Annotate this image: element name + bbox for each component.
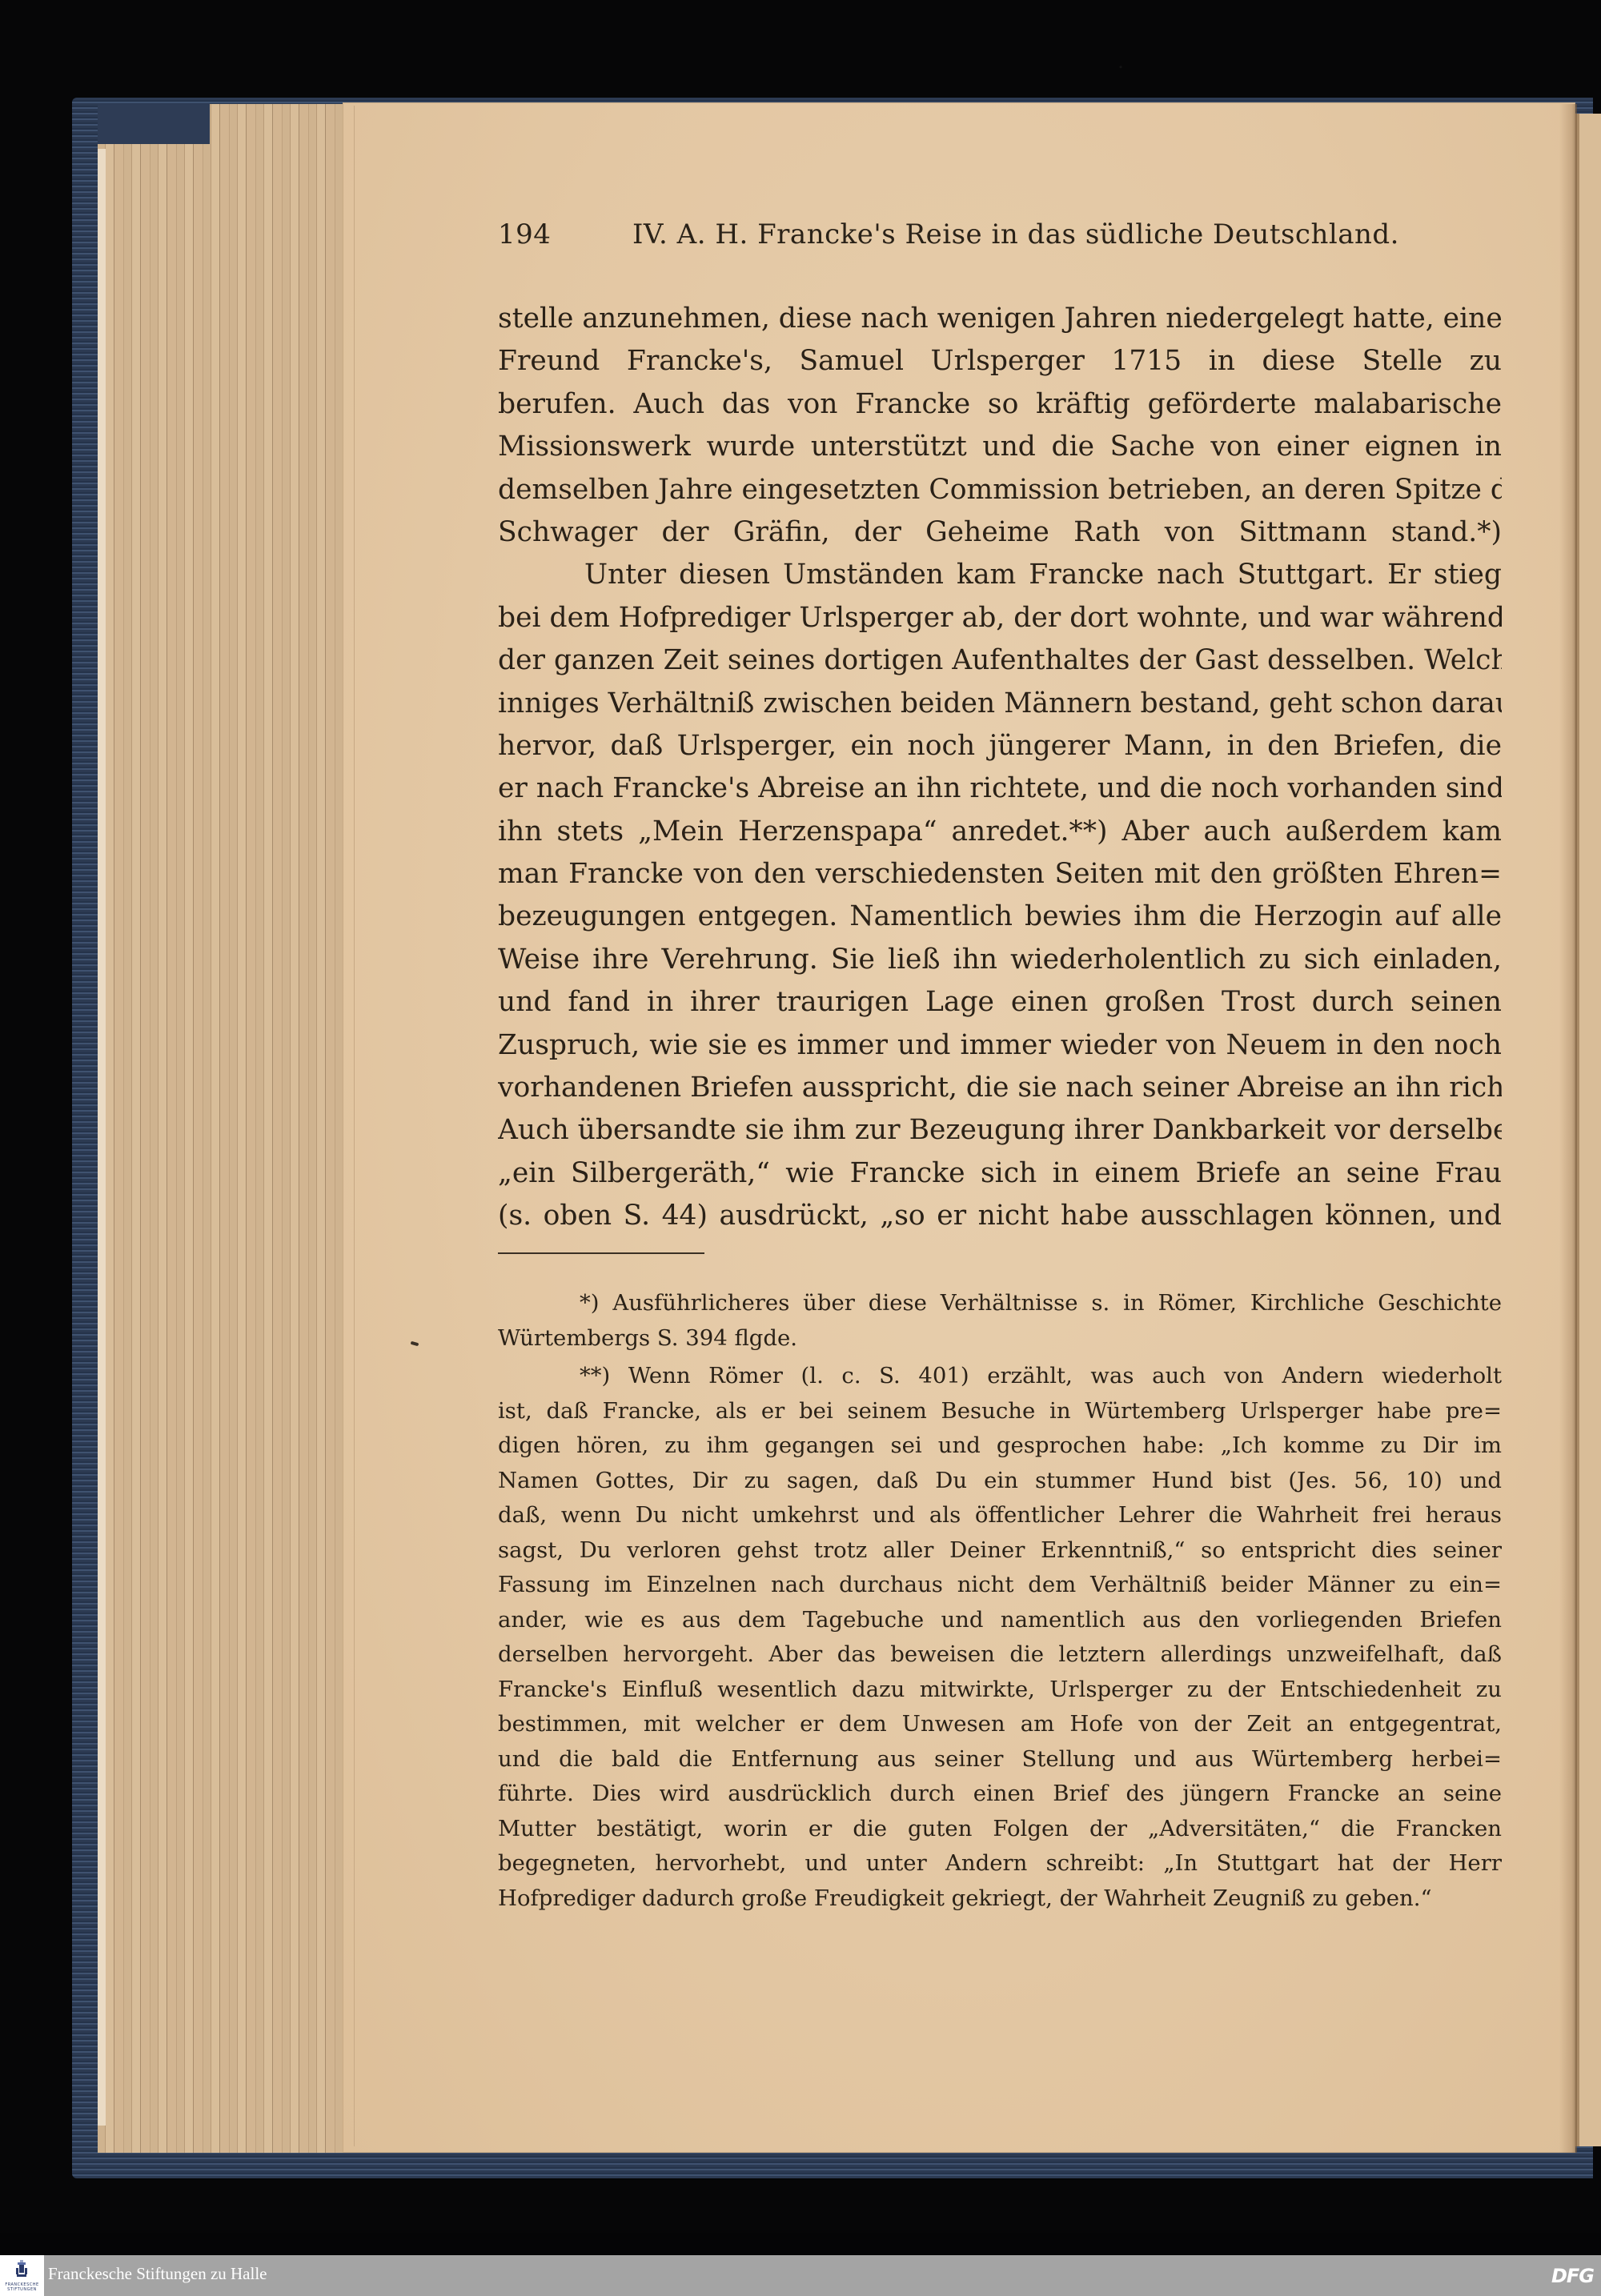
text-line: er nach Francke's Abreise an ihn richtet…: [498, 767, 1502, 810]
cover-corner: [98, 104, 210, 144]
page-fold-line: [354, 106, 355, 2146]
footnote-line: Fassung im Einzelnen nach durchaus nicht…: [498, 1568, 1502, 1603]
text-line: bei dem Hofprediger Urlsperger ab, der d…: [498, 597, 1502, 639]
text-line: stelle anzunehmen, diese nach wenigen Ja…: [498, 298, 1502, 340]
footnote-line: Würtembergs S. 394 flgde.: [498, 1321, 1502, 1356]
footnote-1: *) Ausführlicheres über diese Verhältnis…: [498, 1286, 1502, 1356]
gutter-shadow: [1559, 104, 1577, 2153]
text-line: berufen. Auch das von Francke so kräftig…: [498, 383, 1502, 426]
footnote-line: **) Wenn Römer (l. c. S. 401) erzählt, w…: [498, 1359, 1502, 1394]
text-line: man Francke von den verschiedensten Seit…: [498, 853, 1502, 896]
main-text: stelle anzunehmen, diese nach wenigen Ja…: [498, 298, 1502, 1238]
text-line: Freund Francke's, Samuel Urlsperger 1715…: [498, 340, 1502, 383]
footnote-separator: [498, 1252, 704, 1254]
text-line: demselben Jahre eingesetzten Commission …: [498, 469, 1502, 511]
footnote-line: Namen Gottes, Dir zu sagen, daß Du ein s…: [498, 1464, 1502, 1499]
text-line: Zuspruch, wie sie es immer und immer wie…: [498, 1024, 1502, 1067]
franckesche-stiftungen-logo[interactable]: FRANCKESCHE STIFTUNGEN: [0, 2255, 44, 2296]
text-line: bezeugungen entgegen. Namentlich bewies …: [498, 896, 1502, 938]
running-head: 194 IV. A. H. Francke's Reise in das süd…: [498, 218, 1499, 258]
text-line: inniges Verhältniß zwischen beiden Männe…: [498, 683, 1502, 725]
endpaper-edge: [98, 149, 106, 2126]
footnote-line: Mutter bestätigt, worin er die guten Fol…: [498, 1812, 1502, 1847]
footnote-2: **) Wenn Römer (l. c. S. 401) erzählt, w…: [498, 1359, 1502, 1916]
dfg-logo[interactable]: DFG: [1551, 2265, 1594, 2287]
text-line: Schwager der Gräfin, der Geheime Rath vo…: [498, 511, 1502, 554]
footnote-line: *) Ausführlicheres über diese Verhältnis…: [498, 1286, 1502, 1321]
text-line: Weise ihre Verehrung. Sie ließ ihn wiede…: [498, 939, 1502, 981]
text-line: vorhandenen Briefen ausspricht, die sie …: [498, 1067, 1502, 1109]
page-number: 194: [498, 218, 551, 250]
logo-caption-line: STIFTUNGEN: [2, 2287, 42, 2292]
footnote-line: Francke's Einfluß wesentlich dazu mitwir…: [498, 1673, 1502, 1708]
footnote-line: daß, wenn Du nicht umkehrst und als öffe…: [498, 1498, 1502, 1533]
logo-caption: FRANCKESCHE STIFTUNGEN: [2, 2282, 42, 2292]
institution-name[interactable]: Franckesche Stiftungen zu Halle: [48, 2264, 267, 2284]
text-line: (s. oben S. 44) ausdrückt, „so er nicht …: [498, 1195, 1502, 1237]
footnote-line: ist, daß Francke, als er bei seinem Besu…: [498, 1394, 1502, 1429]
facing-page-edge: [1575, 114, 1601, 2146]
text-line: ihn stets „Mein Herzenspapa“ anredet.**)…: [498, 811, 1502, 853]
footnotes: *) Ausführlicheres über diese Verhältnis…: [498, 1286, 1502, 1916]
text-line: und fand in ihrer traurigen Lage einen g…: [498, 981, 1502, 1024]
footnote-line: derselben hervorgeht. Aber das beweisen …: [498, 1637, 1502, 1673]
text-line: „ein Silbergeräth,“ wie Francke sich in …: [498, 1152, 1502, 1195]
footnote-line: ander, wie es aus dem Tagebuche und name…: [498, 1603, 1502, 1638]
page-stack-edges: [98, 104, 354, 2153]
footnote-line: führte. Dies wird ausdrücklich durch ein…: [498, 1777, 1502, 1812]
footnote-line: bestimmen, mit welcher er dem Unwesen am…: [498, 1707, 1502, 1742]
attribution-bar: FRANCKESCHE STIFTUNGEN Franckesche Stift…: [0, 2255, 1601, 2296]
footnote-line: Hofprediger dadurch große Freudigkeit ge…: [498, 1881, 1502, 1917]
text-line: Auch übersandte sie ihm zur Bezeugung ih…: [498, 1109, 1502, 1152]
footnote-line: und die bald die Entfernung aus seiner S…: [498, 1742, 1502, 1777]
footnote-line: sagst, Du verloren gehst trotz aller Dei…: [498, 1533, 1502, 1569]
footnote-line: begegneten, hervorhebt, und unter Andern…: [498, 1846, 1502, 1881]
footnote-line: digen hören, zu ihm gegangen sei und ges…: [498, 1428, 1502, 1464]
chapter-title: IV. A. H. Francke's Reise in das südlich…: [632, 218, 1399, 250]
text-line-paragraph-start: Unter diesen Umständen kam Francke nach …: [498, 554, 1502, 596]
text-line: der ganzen Zeit seines dortigen Aufentha…: [498, 639, 1502, 682]
statue-figure-icon: [15, 2260, 28, 2278]
text-line: hervor, daß Urlsperger, ein noch jüngere…: [498, 725, 1502, 767]
text-line: Missionswerk wurde unterstützt und die S…: [498, 426, 1502, 468]
